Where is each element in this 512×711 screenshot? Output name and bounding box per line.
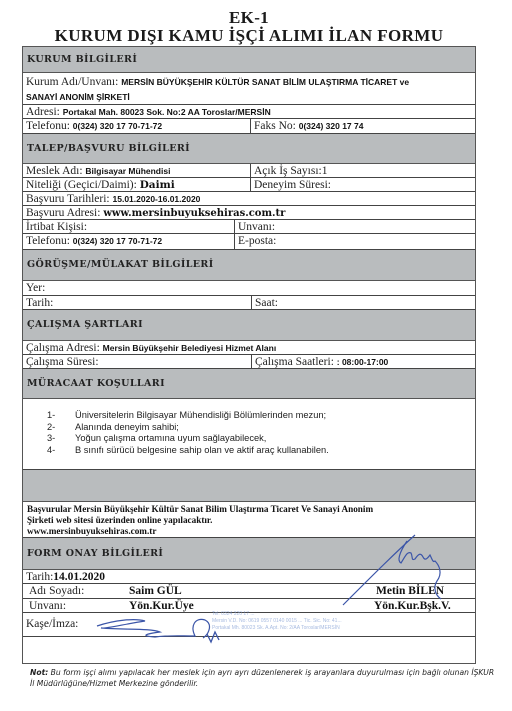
experience-label: Deneyim Süresi: [254, 179, 331, 191]
interview-date-label: Tarih: [26, 297, 53, 309]
contact-phone-label: Telefonu: [26, 235, 73, 247]
openings-cell: Açık İş Sayısı:1 [250, 164, 475, 177]
section-header-calisma: ÇALIŞMA ŞARTLARI [23, 310, 475, 341]
dates-label: Başvuru Tarihleri: [26, 193, 113, 205]
work-duration-cell: Çalışma Süresi: [23, 355, 251, 368]
work-duration-label: Çalışma Süresi: [26, 356, 99, 368]
approval-date-value: 14.01.2020 [53, 571, 105, 583]
contact-title-cell: Unvanı: [234, 220, 475, 233]
work-address-value: Mersin Büyükşehir Belediyesi Hizmet Alan… [103, 343, 277, 353]
row-application-dates: Başvuru Tarihleri: 15.01.2020-16.01.2020 [23, 192, 475, 206]
company-stamp: Tel: 0324 320 17 ... Mersin V.D. No: 061… [212, 611, 342, 632]
experience-cell: Deneyim Süresi: [250, 178, 475, 191]
section-header-talep: TALEP/BAŞVURU BİLGİLERİ [23, 134, 475, 164]
stamp-signature-label: Kaşe/İmza: [26, 618, 78, 630]
work-hours-value: : 08:00-17:00 [337, 357, 389, 367]
approval-date-label: Tarih: [26, 571, 53, 583]
approver-1-name: Saim GÜL [126, 584, 182, 598]
condition-number: 3- [47, 433, 71, 445]
work-hours-cell: Çalışma Saatleri: : 08:00-17:00 [251, 355, 475, 368]
row-contact: İrtibat Kişisi: Unvanı: [23, 220, 475, 234]
row-kurum-name: Kurum Adı/Unvanı: MERSİN BÜYÜKŞEHİR KÜLT… [23, 73, 475, 105]
footnote: Not: Bu form işçi alımı yapılacak her me… [30, 667, 500, 689]
conditions-list: 1-Üniversitelerin Bilgisayar Mühendisliğ… [23, 399, 475, 470]
kurum-name-value-cont: SANAYİ ANONİM ŞİRKETİ [26, 92, 130, 102]
row-blank [23, 637, 475, 663]
row-nature: Niteliği (Geçici/Daimi): Daimi Deneyim S… [23, 178, 475, 192]
contact-email-label: E-posta: [238, 235, 276, 247]
interview-time-label: Saat: [255, 297, 278, 309]
nature-value: Daimi [140, 179, 175, 191]
row-kurum-address: Adresi: Portakal Mah. 80023 Sok. No:2 AA… [23, 105, 475, 119]
interview-place-label: Yer: [26, 282, 45, 294]
contact-email-cell: E-posta: [234, 234, 475, 249]
profession-cell: Meslek Adı: Bilgisayar Mühendisi [23, 164, 250, 177]
kurum-fax-cell: Faks No: 0(324) 320 17 74 [250, 119, 475, 133]
kurum-phone-cell: Telefonu: 0(324) 320 17 70-71-72 [23, 119, 250, 133]
footnote-prefix: Not: [30, 668, 48, 677]
approver-name-label: Adı Soyadı: [26, 584, 84, 598]
row-contact-phone: Telefonu: 0(324) 320 17 70-71-72 E-posta… [23, 234, 475, 250]
annex-label: EK-1 [0, 8, 498, 28]
row-work-duration-hours: Çalışma Süresi: Çalışma Saatleri: : 08:0… [23, 355, 475, 369]
section-header-gorusme: GÖRÜŞME/MÜLAKAT BİLGİLERİ [23, 250, 475, 281]
kurum-fax-label: Faks No: [254, 120, 299, 132]
row-work-address: Çalışma Adresi: Mersin Büyükşehir Beledi… [23, 341, 475, 355]
kurum-name-value: MERSİN BÜYÜKŞEHİR KÜLTÜR SANAT BİLİM ULA… [121, 77, 409, 87]
openings-label: Açık İş Sayısı: [254, 165, 322, 177]
condition-text: Alanında deneyim sahibi; [75, 422, 179, 432]
form-title: KURUM DIŞI KAMU İŞÇİ ALIMI İLAN FORMU [0, 26, 498, 46]
footnote-text: Bu form işçi alımı yapılacak her meslek … [30, 668, 494, 688]
interview-time-cell: Saat: [251, 296, 475, 309]
signature-2-icon [335, 533, 455, 613]
stamp-line: Tel: 0324 320 17 ... [212, 611, 342, 618]
condition-item: 2-Alanında deneyim sahibi; [23, 422, 475, 434]
apply-address-link[interactable]: www.mersinbuyuksehiras.com.tr [103, 208, 285, 219]
kurum-name-label: Kurum Adı/Unvanı: [26, 76, 121, 88]
stamp-line: Mersin V.D. No: 0619 0557 0140 0015 ... … [212, 618, 342, 625]
section-header-kurum: KURUM BİLGİLERİ [23, 47, 475, 73]
profession-label: Meslek Adı: [26, 165, 85, 177]
kurum-address-label: Adresi: [26, 106, 63, 118]
contact-cell: İrtibat Kişisi: [23, 220, 234, 233]
condition-text: Yoğun çalışma ortamına uyum sağlayabilec… [75, 433, 266, 443]
approver-title-label: Unvanı: [26, 599, 66, 612]
openings-value: 1 [322, 165, 328, 177]
condition-number: 2- [47, 422, 71, 434]
kurum-address-value: Portakal Mah. 80023 Sok. No:2 AA Torosla… [63, 107, 271, 117]
condition-text: B sınıfı sürücü belgesine sahip olan ve … [75, 445, 329, 455]
condition-item: 4-B sınıfı sürücü belgesine sahip olan v… [23, 445, 475, 457]
row-interview-date-time: Tarih: Saat: [23, 296, 475, 310]
row-profession: Meslek Adı: Bilgisayar Mühendisi Açık İş… [23, 164, 475, 178]
condition-item: 1-Üniversitelerin Bilgisayar Mühendisliğ… [23, 410, 475, 422]
nature-label: Niteliği (Geçici/Daimi): [26, 179, 140, 191]
condition-number: 4- [47, 445, 71, 457]
row-application-address: Başvuru Adresi: www.mersinbuyuksehiras.c… [23, 206, 475, 220]
work-address-label: Çalışma Adresi: [26, 342, 103, 354]
kurum-fax-value: 0(324) 320 17 74 [299, 121, 364, 131]
condition-number: 1- [47, 410, 71, 422]
apply-address-label: Başvuru Adresi: [26, 207, 103, 219]
section-spacer [23, 470, 475, 502]
section-header-muracaat: MÜRACAAT KOŞULLARI [23, 369, 475, 399]
row-interview-place: Yer: [23, 281, 475, 296]
signature-1-icon [95, 612, 225, 642]
dates-value: 15.01.2020-16.01.2020 [113, 194, 201, 204]
interview-date-cell: Tarih: [23, 296, 251, 309]
notice-line: Şirketi web sitesi üzerinden online yapı… [27, 515, 471, 526]
contact-phone-value: 0(324) 320 17 70-71-72 [73, 236, 162, 246]
notice-line: Başvurular Mersin Büyükşehir Kültür Sana… [27, 504, 471, 515]
stamp-line: Portakal Mh. 80023 Sk. A.Apt. No: 2/AA T… [212, 625, 342, 632]
nature-cell: Niteliği (Geçici/Daimi): Daimi [23, 178, 250, 191]
contact-label: İrtibat Kişisi: [26, 221, 87, 233]
contact-phone-cell: Telefonu: 0(324) 320 17 70-71-72 [23, 234, 234, 249]
approver-1-title: Yön.Kur.Üye [126, 599, 194, 612]
contact-title-label: Unvanı: [238, 221, 275, 233]
condition-text: Üniversitelerin Bilgisayar Mühendisliği … [75, 410, 326, 420]
kurum-phone-value: 0(324) 320 17 70-71-72 [73, 121, 162, 131]
row-kurum-phone-fax: Telefonu: 0(324) 320 17 70-71-72 Faks No… [23, 119, 475, 134]
work-hours-label: Çalışma Saatleri: [255, 356, 337, 368]
profession-value: Bilgisayar Mühendisi [85, 166, 170, 176]
condition-item: 3-Yoğun çalışma ortamına uyum sağlayabil… [23, 433, 475, 445]
kurum-phone-label: Telefonu: [26, 120, 73, 132]
